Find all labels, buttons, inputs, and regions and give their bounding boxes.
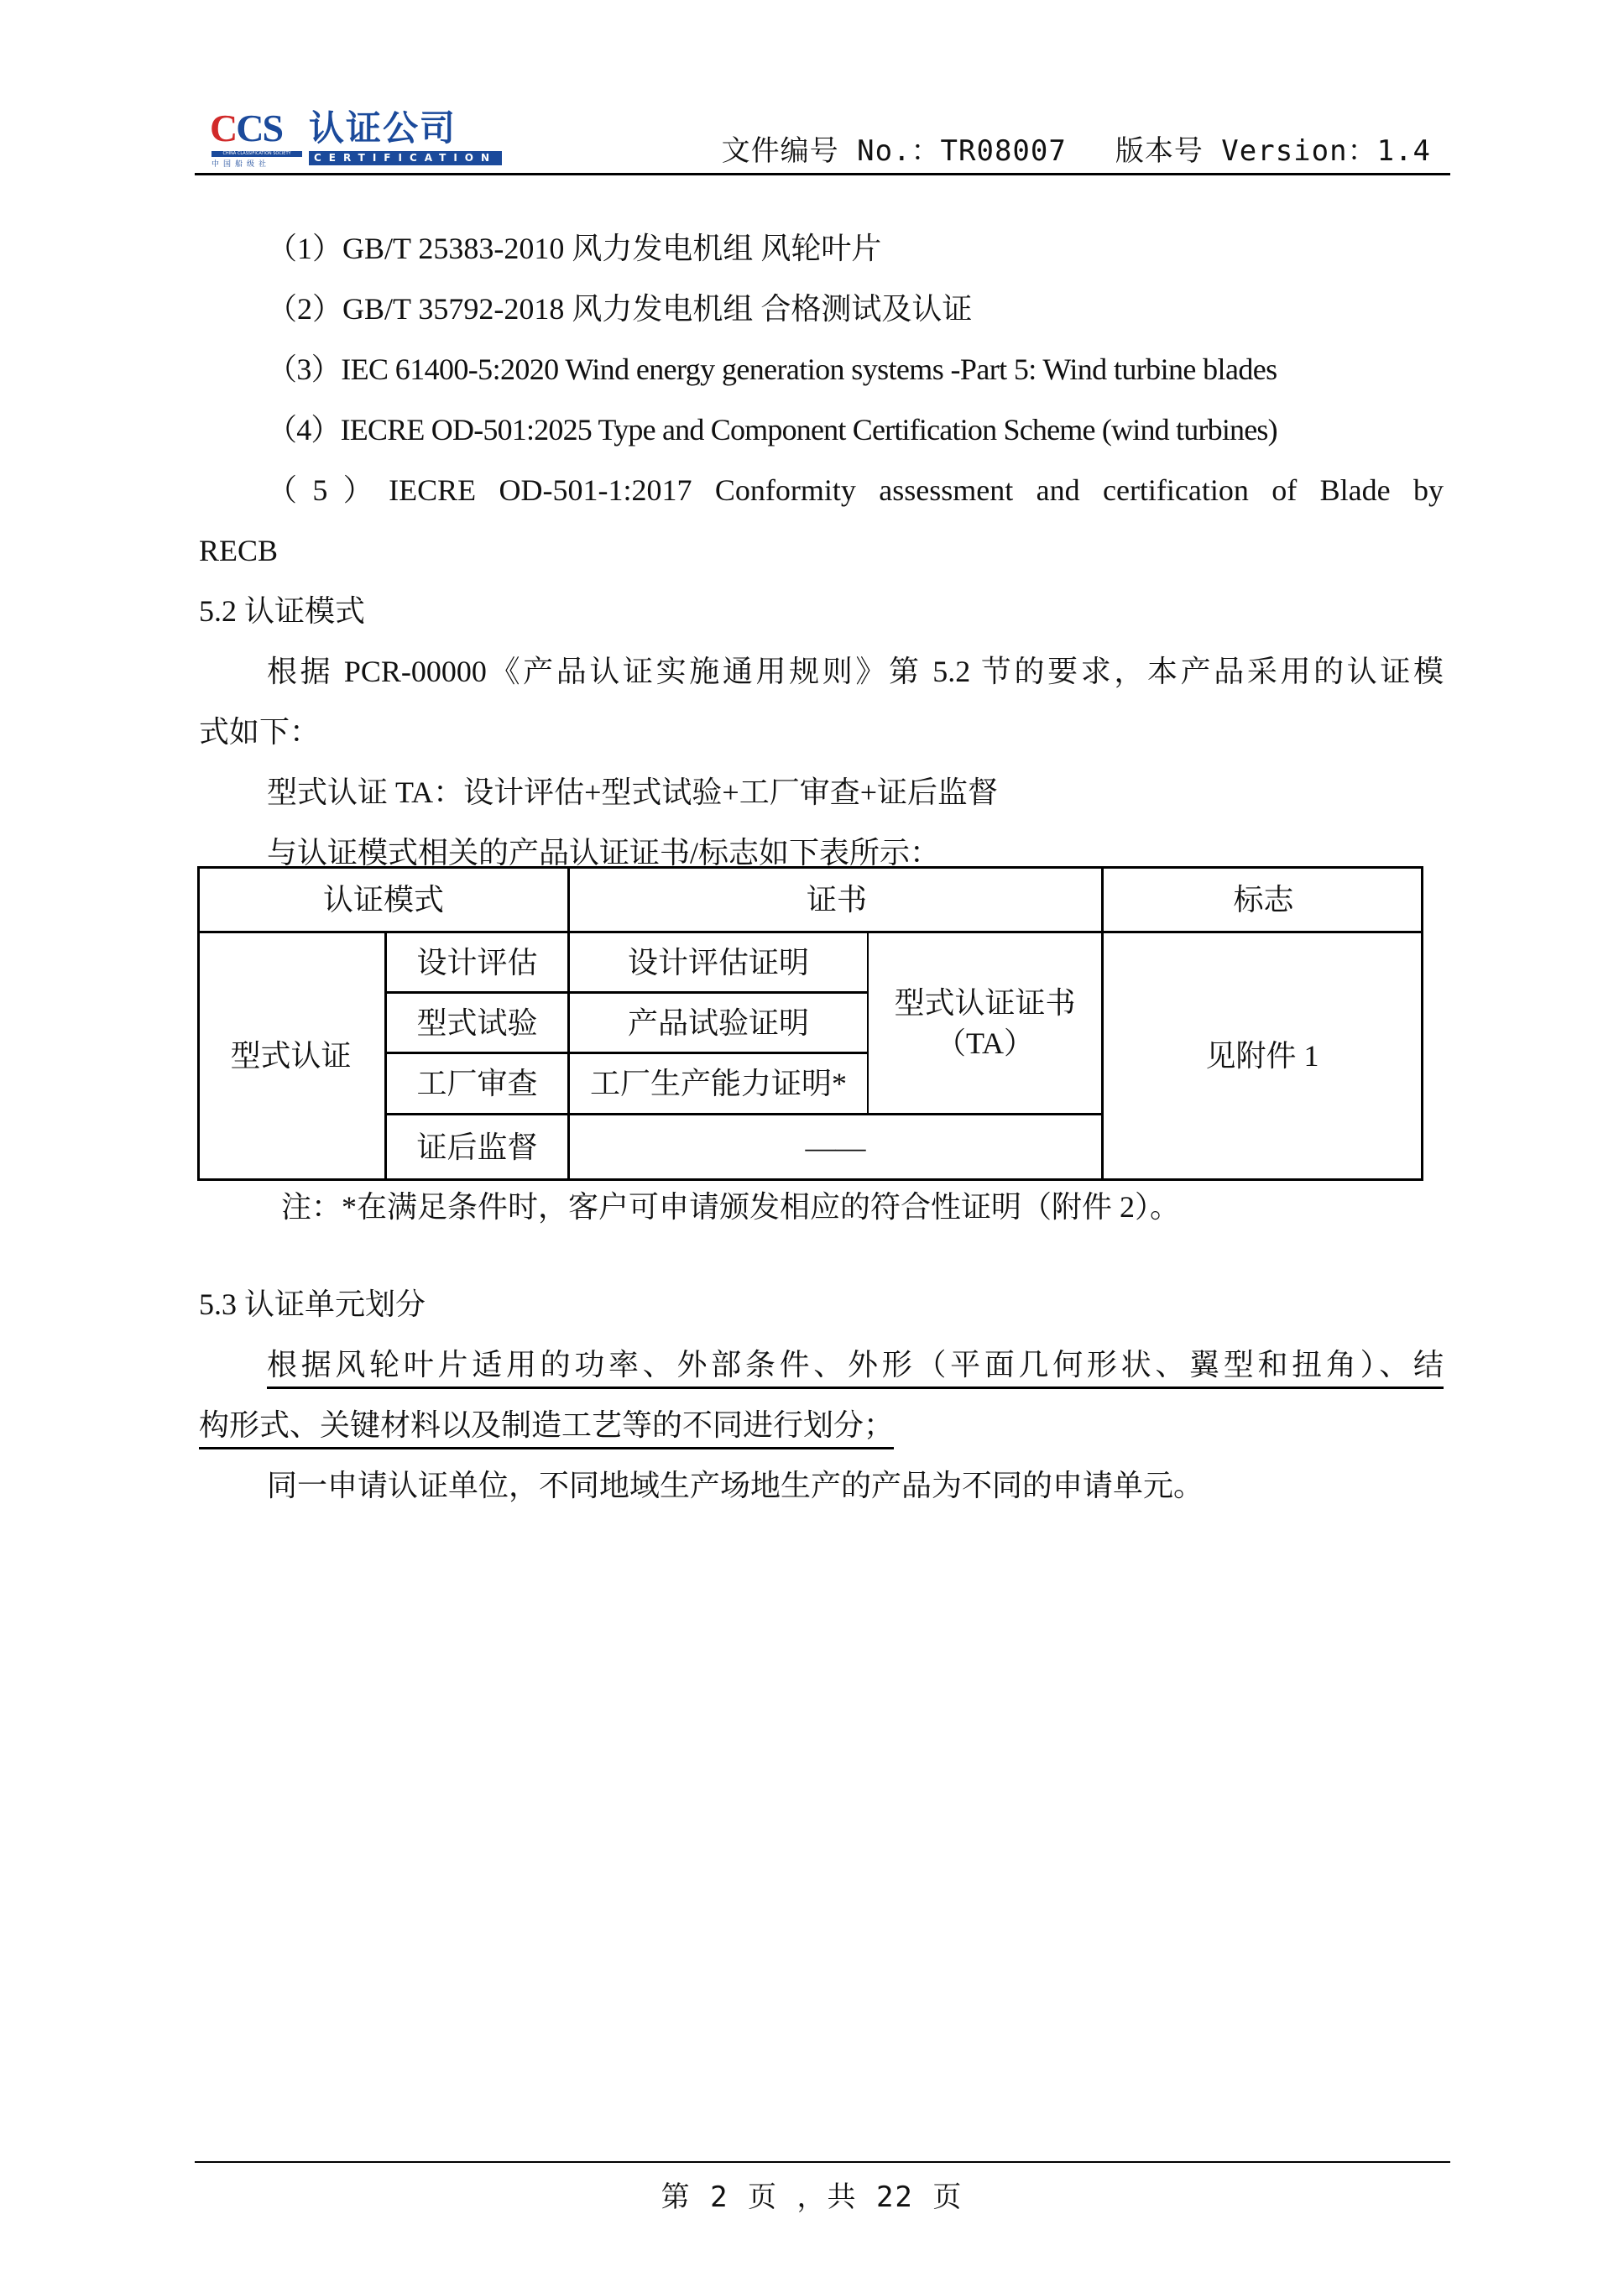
table-cell-step: 型式试验 (387, 994, 567, 1052)
footer-rule (195, 2161, 1450, 2163)
table-cell-proof: 工厂生产能力证明* (570, 1054, 867, 1113)
table-cell-step: 工厂审查 (387, 1054, 567, 1113)
table-cell-proof: 设计评估证明 (570, 933, 867, 991)
page-number: 第 2 页 ，共 22 页 (0, 2174, 1624, 2215)
section-5-3-para-line2: 构形式、关键材料以及制造工艺等的不同进行划分； (199, 1408, 894, 1442)
table-header-mark: 标志 (1104, 866, 1423, 933)
version-number: 版本号 Version：1.4 (1115, 134, 1431, 168)
document-number: 文件编号 No.：TR08007 (722, 134, 1067, 168)
table-cell-mark: 见附件 1 (1104, 933, 1421, 1178)
table-header-mode: 认证模式 (197, 866, 570, 933)
logo-company-name: 认证公司 (309, 109, 457, 148)
standard-item-5: （5）IECRE OD-501-1:2017 Conformity assess… (267, 473, 1444, 507)
certification-table: 认证模式 证书 标志 型式认证 设计评估 设计评估证明 型式试验 产品试验证明 … (197, 866, 1423, 1181)
table-note: 注：*在满足条件时，客户可申请颁发相应的符合性证明（附件 2）。 (281, 1190, 1180, 1224)
standard-item-1: （1）GB/T 25383-2010 风力发电机组 风轮叶片 (267, 232, 881, 265)
logo-ccs-mark: CCS (210, 109, 282, 148)
table-header-certificate: 证书 (570, 866, 1104, 933)
certification-mode-text: 型式认证 TA：设计评估+型式试验+工厂审查+证后监督 (267, 776, 998, 809)
table-cell-proof: 产品试验证明 (570, 994, 867, 1052)
section-5-3-para-line1: 根据风轮叶片适用的功率、外部条件、外形（平面几何形状、翼型和扭角）、结 (267, 1348, 1444, 1389)
section-5-2-para-line2: 式如下： (199, 715, 320, 749)
standard-item-4: （4）IECRE OD-501:2025 Type and Component … (267, 413, 1277, 447)
standard-item-2: （2）GB/T 35792-2018 风力发电机组 合格测试及认证 (267, 292, 972, 326)
header-meta: 文件编号 No.：TR08007版本号 Version：1.4 (722, 128, 1431, 169)
section-5-2-heading: 5.2 认证模式 (199, 594, 365, 628)
section-5-2-para-line1: 根据 PCR-00000《产品认证实施通用规则》第 5.2 节的要求，本产品采用… (267, 655, 1444, 688)
table-cell-mode: 型式认证 (197, 933, 384, 1178)
header-rule (195, 173, 1450, 175)
table-cell-certificate: 型式认证证书 （TA） (869, 933, 1101, 1113)
table-cell-step: 证后监督 (387, 1115, 567, 1178)
table-cell-step: 设计评估 (387, 933, 567, 991)
ccs-certification-logo: CCS 认证公司 CHINA CLASSIFICATION SOCIETY 中国… (210, 109, 504, 166)
certificate-code: （TA） (936, 1026, 1034, 1060)
standard-item-3: （3）IEC 61400-5:2020 Wind energy generati… (267, 353, 1277, 386)
table-cell-proof-empty: —— (570, 1115, 1101, 1178)
section-5-3-heading: 5.3 认证单元划分 (199, 1287, 426, 1321)
table-intro-text: 与认证模式相关的产品认证证书/标志如下表所示： (267, 836, 940, 870)
logo-society-en: CHINA CLASSIFICATION SOCIETY (211, 150, 302, 157)
certificate-name: 型式认证证书 (894, 986, 1075, 1020)
logo-certification-bar: CERTIFICATION (309, 151, 502, 165)
standard-item-5-cont: RECB (199, 534, 278, 567)
logo-society-cn: 中国船级社 (211, 158, 270, 169)
section-5-3-para2: 同一申请认证单位，不同地域生产场地生产的产品为不同的申请单元。 (267, 1469, 1204, 1502)
